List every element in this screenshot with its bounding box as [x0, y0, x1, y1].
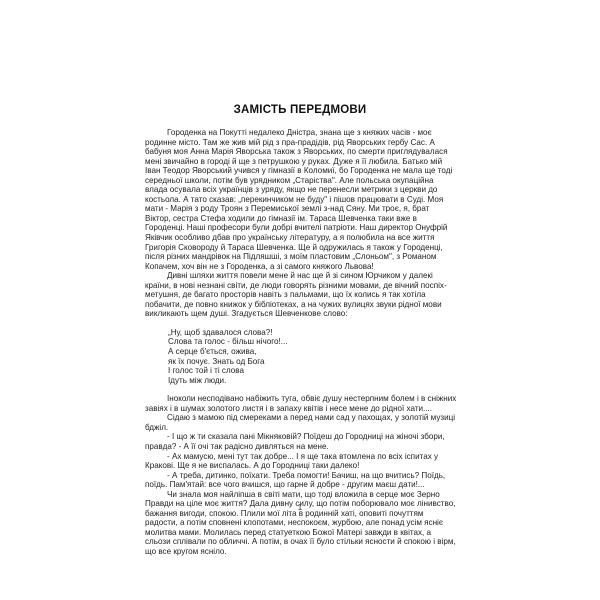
verse-line: Слова та голос - більш нічого!...: [168, 337, 457, 347]
verse-line: Ідуть між люди.: [168, 376, 457, 386]
document-page: ЗАМІСТЬ ПЕРЕДМОВИ Городенка на Покутті н…: [0, 0, 600, 600]
verse-line: „Ну, щоб здавалося слова?!: [168, 328, 457, 338]
paragraph: Чи знала моя найліпша в світі мати, що т…: [145, 490, 457, 557]
page-title: ЗАМІСТЬ ПЕРЕДМОВИ: [0, 104, 600, 116]
verse-quote: „Ну, щоб здавалося слова?! Слова та голо…: [168, 328, 457, 385]
paragraph: Іноколи несподівано набіжить туга, обвіє…: [145, 394, 457, 413]
paragraph: Городенка на Покутті недалеко Дністра, з…: [145, 128, 457, 271]
dialogue-paragraph: - Ах мамусю, мені тут так добре... І я щ…: [145, 452, 457, 471]
verse-line: А серце б'ється, ожива,: [168, 347, 457, 357]
paragraph: Дивні шляхи життя повели мене й нас ще й…: [145, 271, 457, 319]
paragraph: Сідаю з мамою під смереками а перед нами…: [145, 413, 457, 432]
verse-line: І голос той і ті слова: [168, 366, 457, 376]
dialogue-paragraph: - І що ж ти сказала пані Мікняковій? Пої…: [145, 432, 457, 451]
verse-line: як їх почує. Знать од Бога: [168, 357, 457, 367]
body-text: Городенка на Покутті недалеко Дністра, з…: [145, 128, 457, 557]
dialogue-paragraph: - А треба, дитинко, поїхати. Треба помог…: [145, 471, 457, 490]
page-number: 1: [0, 503, 600, 512]
